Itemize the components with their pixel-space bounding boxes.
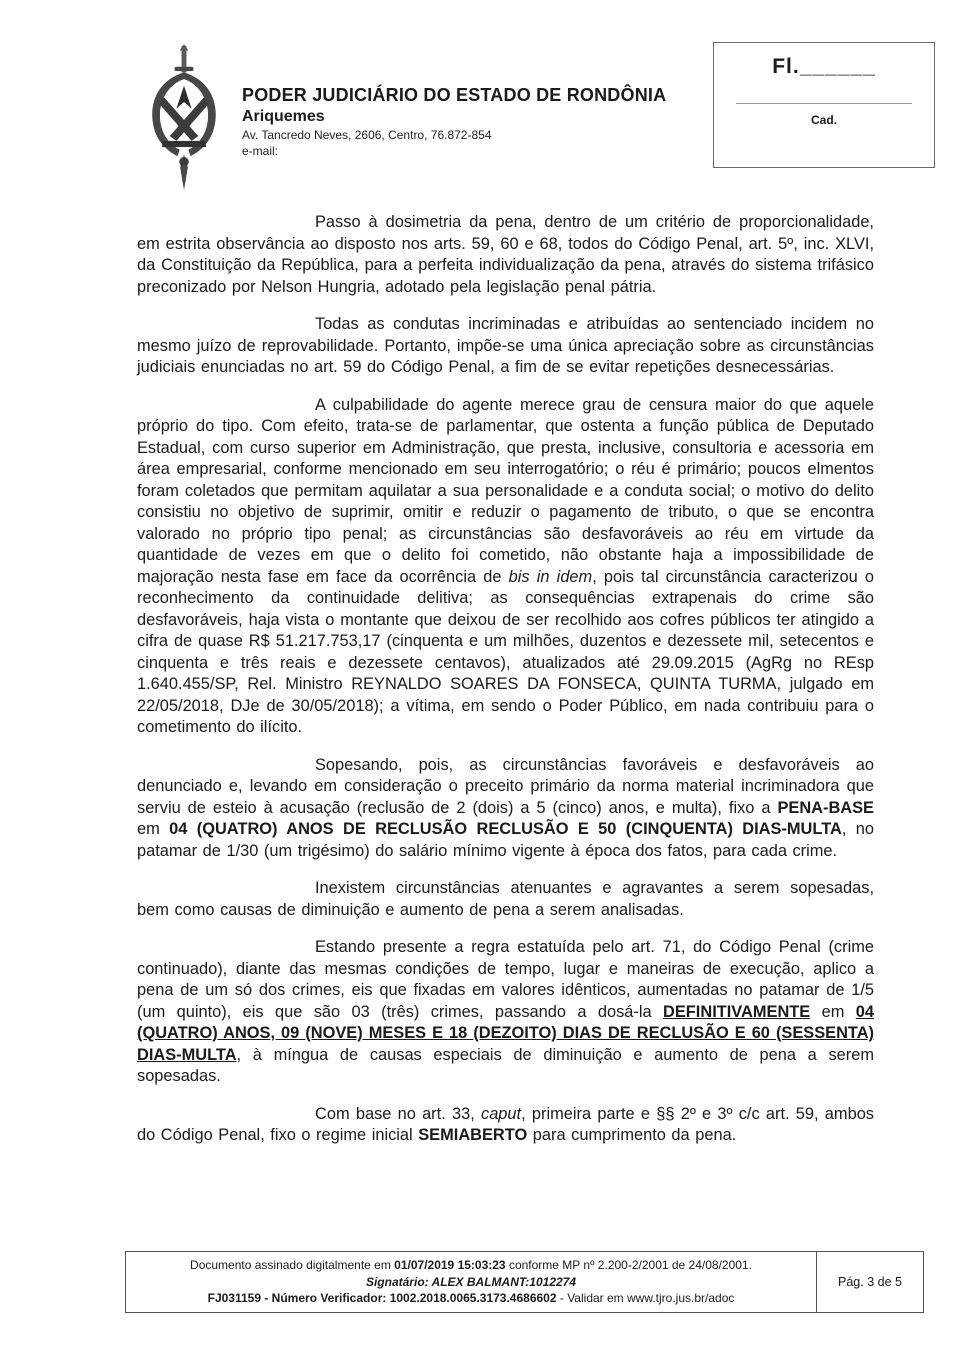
document-body: Passo à dosimetria da pena, dentro de um… <box>137 212 874 1163</box>
signature-line-3: FJ031159 - Número Verificador: 1002.2018… <box>132 1290 810 1307</box>
paragraph-dosimetria-intro: Passo à dosimetria da pena, dentro de um… <box>137 212 874 298</box>
court-email-label: e-mail: <box>242 143 666 159</box>
letterhead-text: PODER JUDICIÁRIO DO ESTADO DE RONDÔNIA A… <box>242 84 666 196</box>
digital-signature-footer: Documento assinado digitalmente em 01/07… <box>125 1251 924 1313</box>
paragraph-culpabilidade: A culpabilidade do agente merece grau de… <box>137 395 874 739</box>
court-title: PODER JUDICIÁRIO DO ESTADO DE RONDÔNIA <box>242 84 666 107</box>
paragraph-regime-inicial: Com base no art. 33, caput, primeira par… <box>137 1104 874 1147</box>
folio-number-label: Fl.______ <box>772 55 876 79</box>
page-number: Pág. 3 de 5 <box>816 1252 923 1312</box>
signature-info-block: Documento assinado digitalmente em 01/07… <box>126 1252 816 1312</box>
signature-line-2: Signatário: ALEX BALMANT:1012274 <box>132 1274 810 1291</box>
paragraph-atenuantes-agravantes: Inexistem circunstâncias atenuantes e ag… <box>137 878 874 921</box>
paragraph-condutas-incriminadas: Todas as condutas incriminadas e atribuí… <box>137 314 874 379</box>
paragraph-pena-base: Sopesando, pois, as circunstâncias favor… <box>137 755 874 863</box>
document-page: PODER JUDICIÁRIO DO ESTADO DE RONDÔNIA A… <box>0 0 960 1356</box>
letterhead: PODER JUDICIÁRIO DO ESTADO DE RONDÔNIA A… <box>140 44 666 196</box>
rondonia-coat-of-arms-icon <box>140 44 228 196</box>
folio-stamp-box: Fl.______ Cad. <box>713 42 935 168</box>
signature-line-1: Documento assinado digitalmente em 01/07… <box>132 1257 810 1274</box>
stamp-divider <box>736 103 912 104</box>
court-city: Ariquemes <box>242 107 666 128</box>
paragraph-crime-continuado: Estando presente a regra estatuída pelo … <box>137 937 874 1088</box>
cad-label: Cad. <box>811 113 837 127</box>
court-address: Av. Tancredo Neves, 2606, Centro, 76.872… <box>242 127 666 143</box>
